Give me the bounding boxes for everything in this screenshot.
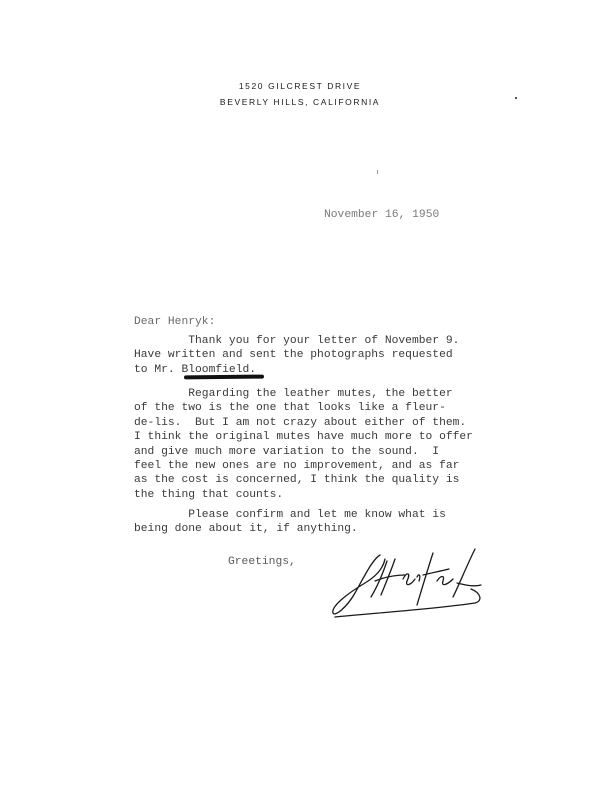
paper-speck [377,170,378,174]
salutation: Dear Henryk: [134,315,215,329]
closing: Greetings, [228,555,296,569]
body-paragraph-2: Regarding the leather mutes, the better … [134,387,473,502]
letterhead-city-line: Beverly Hills, California [200,94,400,110]
letterhead-address-line: 1520 Gilcrest Drive [200,78,400,94]
letterhead: 1520 Gilcrest Drive Beverly Hills, Calif… [200,78,400,110]
handwritten-underline [184,375,264,380]
body-paragraph-3: Please confirm and let me know what is b… [134,508,446,537]
paper-speck [515,97,517,99]
letter-date: November 16, 1950 [324,208,439,222]
body-paragraph-1: Thank you for your letter of November 9.… [134,334,459,377]
signature-icon [325,545,485,625]
